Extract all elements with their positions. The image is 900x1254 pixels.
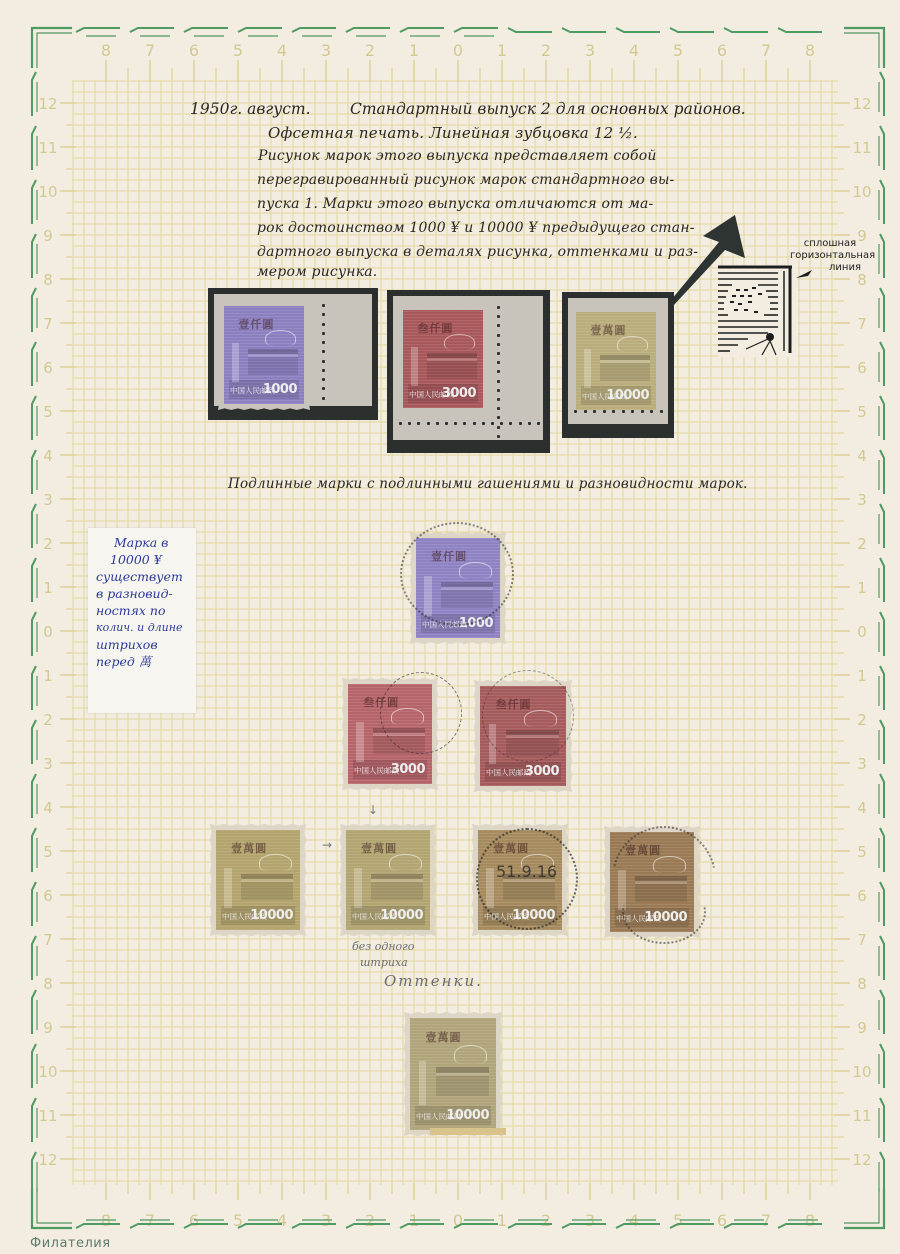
svg-text:1: 1 [43, 579, 53, 597]
svg-text:8: 8 [43, 271, 53, 289]
svg-text:7: 7 [43, 315, 53, 333]
svg-text:5: 5 [43, 843, 53, 861]
issue-date: 1950г. август. [190, 100, 311, 118]
stamp-1000-mint[interactable]: 壹仟圓中国人民邮政1000 [218, 300, 310, 410]
description-line-3: пуска 1. Марки этого выпуска отличаются … [257, 196, 654, 212]
stamp-denomination: 10000 [606, 388, 649, 403]
perforation-dot [497, 435, 500, 438]
svg-text:6: 6 [857, 887, 867, 905]
stamp-10000-used-2[interactable]: 壹萬圓中国人民邮政10000 [340, 824, 436, 936]
svg-text:3: 3 [857, 755, 867, 773]
svg-text:10: 10 [38, 183, 57, 201]
svg-text:8: 8 [101, 41, 111, 60]
svg-text:4: 4 [43, 447, 53, 465]
svg-text:11: 11 [852, 139, 871, 157]
perforation-dot [497, 380, 500, 383]
svg-text:1: 1 [857, 579, 867, 597]
perforation-dot [322, 360, 325, 363]
stamp-top-inscription: 壹仟圓 [238, 316, 274, 332]
svg-text:1: 1 [497, 1211, 507, 1230]
svg-text:8: 8 [857, 975, 867, 993]
perforation-dot [399, 422, 402, 425]
svg-text:2: 2 [857, 711, 867, 729]
perforation-dot [497, 426, 500, 429]
pencil-note-shades: Оттенки. [384, 972, 483, 990]
svg-text:8: 8 [43, 975, 53, 993]
perforation-dot [500, 422, 503, 425]
perforation-dot [454, 422, 457, 425]
svg-text:6: 6 [717, 41, 727, 60]
svg-text:5: 5 [857, 843, 867, 861]
description-line-2: перегравированный рисунок марок стандарт… [257, 172, 674, 188]
stamp-top-inscription: 壹萬圓 [361, 840, 397, 856]
svg-text:2: 2 [43, 711, 53, 729]
svg-text:1: 1 [497, 41, 507, 60]
svg-text:1: 1 [409, 41, 419, 60]
perforation-dot [322, 397, 325, 400]
stamp-denomination: 1000 [263, 382, 297, 397]
svg-text:8: 8 [805, 41, 815, 60]
svg-text:4: 4 [857, 447, 867, 465]
perforation-dot [322, 304, 325, 307]
perforation-dot [427, 422, 430, 425]
svg-text:7: 7 [43, 931, 53, 949]
postmark-3000-2 [482, 670, 574, 762]
side-note-line-1: Марка в [96, 534, 196, 551]
description-line-6: мером рисунка. [257, 264, 377, 280]
svg-text:7: 7 [857, 931, 867, 949]
perforation-dot [322, 369, 325, 372]
side-note-card: Марка в 10000 ¥ существует в разновид- н… [88, 528, 196, 713]
svg-text:5: 5 [43, 403, 53, 421]
perforation-dot [603, 410, 606, 413]
perforation-dot [497, 315, 500, 318]
side-note-line-2: 10000 ¥ [96, 551, 196, 568]
postmark-date: 51.9.16 [496, 862, 557, 881]
perforation-dot [574, 410, 577, 413]
small-pointer-icon [796, 268, 816, 280]
perforation-dot [622, 410, 625, 413]
svg-text:5: 5 [857, 403, 867, 421]
enlarged-detail-drawing [718, 265, 798, 357]
svg-text:9: 9 [43, 1019, 53, 1037]
svg-text:4: 4 [43, 799, 53, 817]
stamp-top-inscription: 壹萬圓 [231, 840, 267, 856]
stamp-top-inscription: 壹萬圓 [590, 322, 626, 338]
svg-text:6: 6 [857, 359, 867, 377]
svg-text:12: 12 [852, 1151, 871, 1169]
svg-text:9: 9 [43, 227, 53, 245]
svg-text:7: 7 [145, 41, 155, 60]
svg-text:6: 6 [43, 887, 53, 905]
perforation-dot [497, 343, 500, 346]
side-note-line-6: колич. и длине [96, 619, 196, 636]
stamp-10000-used-1[interactable]: 壹萬圓中国人民邮政10000 [210, 824, 306, 936]
side-note-line-4: в разновид- [96, 585, 196, 602]
svg-text:7: 7 [761, 41, 771, 60]
side-note-line-8: перед 萬 [96, 653, 196, 670]
svg-text:2: 2 [541, 41, 551, 60]
perforation-dot [322, 406, 325, 409]
perforation-dot [497, 398, 500, 401]
mount-1000-mint: 壹仟圓中国人民邮政1000 [208, 288, 378, 420]
perforation-dot [322, 341, 325, 344]
svg-text:10: 10 [852, 183, 871, 201]
issue-title: Стандартный выпуск 2 для основных районо… [350, 100, 746, 118]
stamp-denomination: 10000 [250, 908, 293, 923]
svg-text:4: 4 [857, 799, 867, 817]
perforation-dot [641, 410, 644, 413]
svg-text:10: 10 [38, 1063, 57, 1081]
perforation-dot [537, 422, 540, 425]
svg-text:1: 1 [857, 667, 867, 685]
stamp-denomination: 10000 [380, 908, 423, 923]
mount-3000-mint: 叁仟圓中国人民邮政3000 [387, 290, 550, 453]
stamp-design: 叁仟圓中国人民邮政3000 [403, 310, 483, 408]
svg-text:3: 3 [43, 755, 53, 773]
svg-text:7: 7 [857, 315, 867, 333]
svg-text:4: 4 [629, 41, 639, 60]
svg-text:2: 2 [857, 535, 867, 553]
side-note-line-3: существует [96, 568, 196, 585]
perforation-dot [497, 444, 500, 447]
svg-text:3: 3 [43, 491, 53, 509]
svg-text:6: 6 [43, 359, 53, 377]
stamp-denomination: 3000 [442, 386, 476, 401]
perforation-dot [519, 422, 522, 425]
detail-label-line-1: сплошная [790, 238, 870, 250]
perforation-dot [491, 422, 494, 425]
svg-text:3: 3 [857, 491, 867, 509]
perforation-dot [497, 306, 500, 309]
right-arrow-mark-icon: → [322, 838, 332, 852]
stamp-design: 壹仟圓中国人民邮政1000 [224, 306, 304, 404]
perforation-dot [322, 313, 325, 316]
side-note-line-5: ностях по [96, 602, 196, 619]
perforation-dot [497, 407, 500, 410]
svg-text:11: 11 [38, 1107, 57, 1125]
stamp-10000-mint-single[interactable]: 壹萬圓中国人民邮政10000 [404, 1012, 502, 1136]
perforation-dot [660, 410, 663, 413]
svg-text:2: 2 [365, 41, 375, 60]
perforation-dot [528, 422, 531, 425]
stamp-denomination: 10000 [446, 1108, 489, 1123]
perforation-dot [482, 422, 485, 425]
stamp-3000-mint[interactable]: 叁仟圓中国人民邮政3000 [397, 304, 489, 414]
stamp-design: 壹萬圓中国人民邮政10000 [410, 1018, 496, 1130]
perforation-dot [473, 422, 476, 425]
perforation-dot [612, 410, 615, 413]
svg-text:5: 5 [673, 41, 683, 60]
perforation-dot [497, 352, 500, 355]
svg-text:1: 1 [43, 667, 53, 685]
detail-label-line-2: горизонтальная [790, 250, 870, 262]
perforation-dot [322, 323, 325, 326]
svg-text:0: 0 [453, 41, 463, 60]
perforation-dot [436, 422, 439, 425]
perforation-dot [593, 410, 596, 413]
stamp-design: 壹萬圓中国人民邮政10000 [216, 830, 300, 930]
svg-text:6: 6 [189, 41, 199, 60]
album-page: 8877665544332211001122334455667788121211… [0, 0, 900, 1254]
svg-text:5: 5 [233, 41, 243, 60]
stamp-top-inscription: 叁仟圓 [417, 320, 453, 336]
stamp-top-inscription: 壹萬圓 [425, 1029, 461, 1045]
perforation-dot [322, 378, 325, 381]
svg-text:4: 4 [277, 41, 287, 60]
svg-text:12: 12 [38, 95, 57, 113]
svg-text:3: 3 [321, 41, 331, 60]
stamp-10000-mint[interactable]: 壹萬圓中国人民邮政10000 [570, 306, 662, 416]
description-line-5: дартного выпуска в деталях рисунка, отте… [257, 244, 698, 260]
postmark-1000 [400, 522, 514, 626]
postmark-3000-1 [380, 672, 462, 754]
svg-text:4: 4 [277, 1211, 287, 1230]
svg-text:12: 12 [852, 95, 871, 113]
stamp-denomination: 3000 [391, 762, 425, 777]
hinge-strip [430, 1128, 506, 1135]
pencil-note-variant-2: штриха [360, 956, 408, 969]
publisher-label: Филателия [30, 1236, 111, 1251]
mount-10000-mint: 壹萬圓中国人民邮政10000 [562, 292, 674, 438]
perforation-dot [445, 422, 448, 425]
svg-text:11: 11 [38, 139, 57, 157]
perforation-dot [497, 389, 500, 392]
svg-text:9: 9 [857, 1019, 867, 1037]
svg-text:0: 0 [43, 623, 53, 641]
perforation-dot [408, 422, 411, 425]
stamp-design: 壹萬圓中国人民邮政10000 [346, 830, 430, 930]
svg-text:12: 12 [38, 1151, 57, 1169]
svg-text:11: 11 [852, 1107, 871, 1125]
svg-text:10: 10 [852, 1063, 871, 1081]
perforation-dot [322, 332, 325, 335]
side-note-line-7: штрихов [96, 636, 196, 653]
perforation-dot [497, 361, 500, 364]
section2-heading: Подлинные марки с подлинными гашениями и… [228, 476, 748, 492]
svg-text:3: 3 [585, 41, 595, 60]
svg-text:2: 2 [43, 535, 53, 553]
perforation-dot [497, 334, 500, 337]
stamp-design: 壹萬圓中国人民邮政10000 [576, 312, 656, 410]
description-line-1: Рисунок марок этого выпуска представляет… [258, 148, 657, 164]
pencil-note-variant-1: без одного [352, 940, 414, 953]
issue-subtitle: Офсетная печать. Линейная зубцовка 12 ½. [268, 124, 638, 142]
description-line-4: рок достоинством 1000 ¥ и 10000 ¥ предыд… [257, 220, 695, 236]
svg-text:0: 0 [857, 623, 867, 641]
stamp-denomination: 3000 [525, 764, 559, 779]
perforation-dot [584, 410, 587, 413]
down-arrow-mark-icon: ↓ [368, 803, 378, 817]
